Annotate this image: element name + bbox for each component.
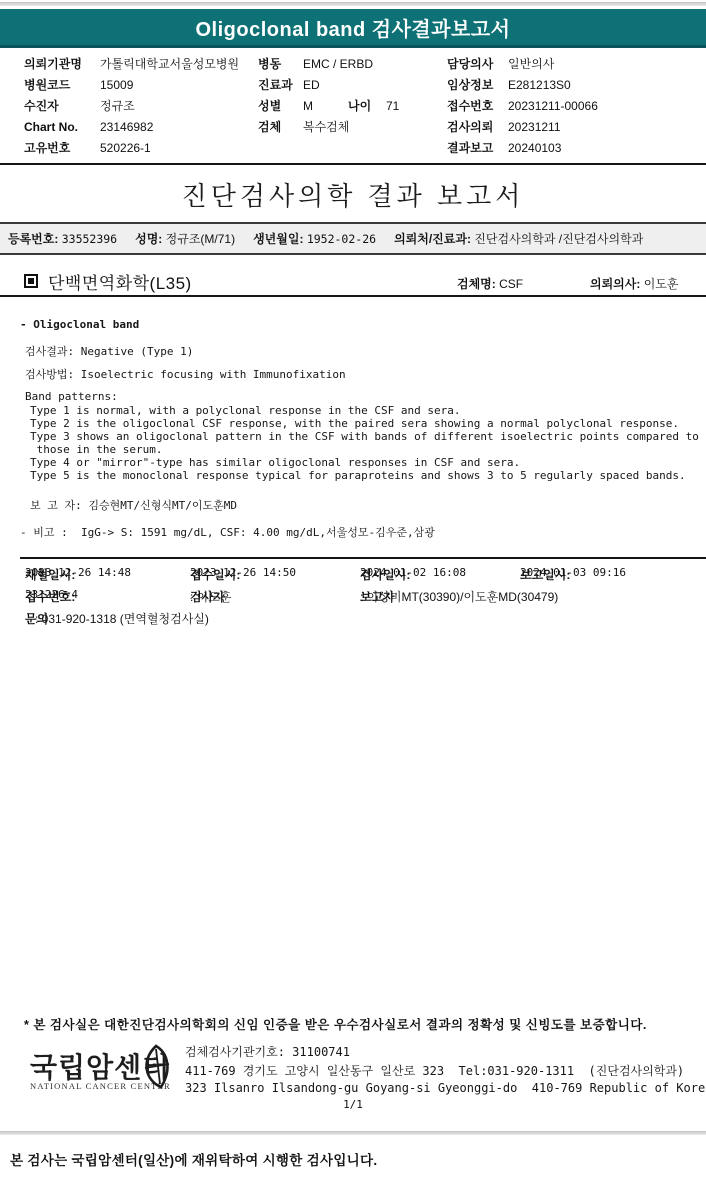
patient-info-table: 의뢰기관명 가톨릭대학교서울성모병원 병동 EMC / ERBD 담당의사 일반… xyxy=(0,55,706,163)
field-value: 2023-12-26 14:48 xyxy=(25,566,131,579)
field-value: 20240103 xyxy=(508,139,561,157)
field-label: Chart No. xyxy=(24,118,78,136)
field-label: 고유번호 xyxy=(24,139,70,157)
field-value: 가톨릭대학교서울성모병원 xyxy=(100,55,239,73)
field-value: : 이도훈 xyxy=(190,588,231,605)
field-label: 나이 xyxy=(348,97,371,115)
field-label: 등록번호: xyxy=(8,232,58,246)
page-number: 1/1 xyxy=(0,1098,706,1111)
field-value: 520226-1 xyxy=(100,139,151,157)
field-label: 임상정보 xyxy=(447,76,493,94)
field-label: 검사의뢰 xyxy=(447,118,493,136)
org-address-kr: 411-769 경기도 고양시 일산동구 일산로 323 Tel:031-920… xyxy=(185,1062,684,1079)
field-value: CSF xyxy=(499,277,523,291)
field-value: 일반의사 xyxy=(508,55,554,73)
patient-name: 성명: 정규조(M/71) xyxy=(135,230,235,247)
info-row: 고유번호 520226-1 결과보고 20240103 xyxy=(0,139,706,157)
meta-row: 접수번호: 231226-4 검사자 : 이도훈 보고자 : 이상미MT(303… xyxy=(0,588,706,606)
field-value: 2024-01-03 09:16 xyxy=(520,566,626,579)
report-title: Oligoclonal band 검사결과보고서 xyxy=(195,13,510,42)
field-value: 20231211 xyxy=(508,118,561,136)
referring-doctor: 의뢰의사: 이도훈 xyxy=(590,275,679,292)
band-pattern-line: Type 2 is the oligoclonal CSF response, … xyxy=(30,417,679,430)
field-value: 2023-12-26 14:50 xyxy=(190,566,296,579)
field-value: 15009 xyxy=(100,76,133,94)
org-code: 검체검사기관기호: 31100741 xyxy=(185,1043,350,1060)
test-result: 검사결과: Negative (Type 1) xyxy=(25,343,193,359)
outsourced-note: 본 검사는 국립암센터(일산)에 재위탁하여 시행한 검사입니다. xyxy=(10,1149,377,1169)
field-value: 복수검체 xyxy=(303,118,349,136)
registration-bar: 등록번호: 33552396 성명: 정규조(M/71) 생년월일: 1952-… xyxy=(0,222,706,255)
note-line: - 비고 : IgG-> S: 1591 mg/dL, CSF: 4.00 mg… xyxy=(20,524,435,540)
report-page: Oligoclonal band 검사결과보고서 의뢰기관명 가톨릭대학교서울성… xyxy=(0,0,706,1187)
band-pattern-line: Type 1 is normal, with a polyclonal resp… xyxy=(30,404,460,417)
band-pattern-line: Type 5 is the monoclonal response typica… xyxy=(30,469,686,482)
band-pattern-line: those in the serum. xyxy=(30,443,162,456)
field-label: 결과보고 xyxy=(447,139,493,157)
section-underline xyxy=(0,295,706,297)
field-value: : 031-920-1318 (면역혈청검사실) xyxy=(35,610,209,627)
field-label: 검체 xyxy=(258,118,281,136)
referral-department: 의뢰처/진료과: 진단검사의학과 /진단검사의학과 xyxy=(394,230,643,247)
field-value: 정규조 xyxy=(100,97,135,115)
field-value: 23146982 xyxy=(100,118,153,136)
field-label: 의뢰기관명 xyxy=(24,55,82,73)
field-value: 71 xyxy=(386,97,399,115)
specimen: 검체명: CSF xyxy=(457,275,523,292)
info-row: 병원코드 15009 진료과 ED 임상정보 E281213S0 xyxy=(0,76,706,94)
band-pattern-line: Type 4 or "mirror"-type has similar olig… xyxy=(30,456,520,469)
contact: 문의 : 031-920-1318 (면역혈청검사실) xyxy=(25,610,35,624)
field-label: 접수번호 xyxy=(447,97,493,115)
leaf-logo-icon xyxy=(132,1043,176,1091)
field-label: 성명: xyxy=(135,232,162,246)
field-value: 1952-02-26 xyxy=(307,232,376,246)
field-label: 검체명: xyxy=(457,277,496,291)
test-method: 검사방법: Isoelectric focusing with Immunofi… xyxy=(25,366,346,382)
birth-date: 생년월일: 1952-02-26 xyxy=(253,230,376,247)
meta-divider xyxy=(20,557,706,559)
field-label: 성별 xyxy=(258,97,281,115)
info-row: 수진자 정규조 성별 M 나이 71 접수번호 20231211-00066 xyxy=(0,97,706,115)
field-label: 의뢰처/진료과: xyxy=(394,232,471,246)
field-value: 진단검사의학과 /진단검사의학과 xyxy=(474,232,643,246)
band-patterns-title: Band patterns: xyxy=(25,390,118,403)
band-pattern-line: Type 3 shows an oligoclonal pattern in t… xyxy=(30,430,699,443)
field-label: 담당의사 xyxy=(447,55,493,73)
field-value: M xyxy=(303,97,313,115)
field-value: 이도훈 xyxy=(644,277,679,291)
field-value: EMC / ERBD xyxy=(303,55,373,73)
report-main-title: 진단검사의학 결과 보고서 xyxy=(0,176,706,213)
field-value: ED xyxy=(303,76,320,94)
section-divider xyxy=(0,163,706,165)
field-label: 수진자 xyxy=(24,97,59,115)
meta-row: 채혈일시: 2023-12-26 14:48 접수일시: 2023-12-26 … xyxy=(0,566,706,584)
top-divider xyxy=(0,2,706,6)
section-title: 단백면역화학(L35) xyxy=(48,269,192,294)
report-title-bar: Oligoclonal band 검사결과보고서 xyxy=(0,9,706,48)
field-value: 33552396 xyxy=(62,232,117,246)
field-label: 병동 xyxy=(258,55,281,73)
registration-number: 등록번호: 33552396 xyxy=(8,230,117,247)
meta-row: 문의 : 031-920-1318 (면역혈청검사실) xyxy=(0,610,706,628)
info-row: 의뢰기관명 가톨릭대학교서울성모병원 병동 EMC / ERBD 담당의사 일반… xyxy=(0,55,706,73)
field-value: 20231211-00066 xyxy=(508,97,598,115)
field-label: 진료과 xyxy=(258,76,293,94)
field-value: 231226-4 xyxy=(25,588,78,601)
section-square-icon xyxy=(24,274,38,288)
bottom-divider xyxy=(0,1131,706,1135)
section-header: 단백면역화학(L35) 검체명: CSF 의뢰의사: 이도훈 xyxy=(0,269,706,295)
field-value: E281213S0 xyxy=(508,76,571,94)
field-value: 2024-01-02 16:08 xyxy=(360,566,466,579)
field-label: 병원코드 xyxy=(24,76,70,94)
accreditation-note: * 본 검사실은 대한진단검사의학회의 신임 인증을 받은 우수검사실로서 결과… xyxy=(24,1015,706,1033)
field-value: 정규조(M/71) xyxy=(166,232,235,246)
test-name: - Oligoclonal band xyxy=(20,318,139,331)
field-label: 의뢰의사: xyxy=(590,277,640,291)
org-address-en: 323 Ilsanro Ilsandong-gu Goyang-si Gyeon… xyxy=(185,1081,706,1095)
field-label: 생년월일: xyxy=(253,232,303,246)
reporter-line: 보 고 자: 김승현MT/신형식MT/이도훈MD xyxy=(30,497,237,513)
info-row: Chart No. 23146982 검체 복수검체 검사의뢰 20231211 xyxy=(0,118,706,136)
field-value: : 이상미MT(30390)/이도훈MD(30479) xyxy=(360,588,558,605)
